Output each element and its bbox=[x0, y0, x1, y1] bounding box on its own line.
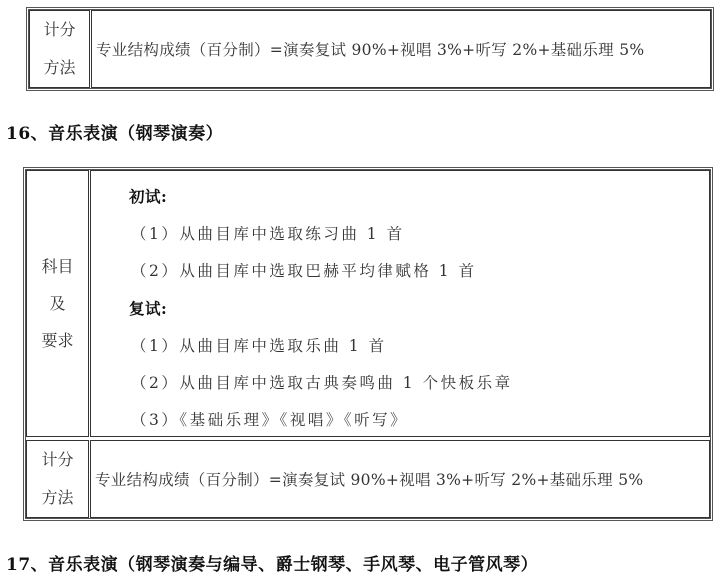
scoring-formula: 专业结构成绩（百分制）=演奏复试 90%+视唱 3%+听写 2%+基础乐理 5% bbox=[95, 468, 643, 490]
requirements-label-line-1: 科目 bbox=[41, 248, 73, 285]
scoring-content-cell: 专业结构成绩（百分制）=演奏复试 90%+视唱 3%+听写 2%+基础乐理 5% bbox=[90, 440, 710, 518]
retest-exam-heading: 复试: bbox=[129, 297, 167, 319]
scoring-label-line-2: 方法 bbox=[43, 49, 75, 87]
requirements-row: 科目 及 要求 初试: （1）从曲目库中选取练习曲 1 首 （2）从曲目库中选取… bbox=[26, 170, 710, 437]
requirements-label-cell: 科目 及 要求 bbox=[26, 170, 89, 437]
scoring-label-line-1: 计分 bbox=[41, 441, 73, 479]
scoring-formula: 专业结构成绩（百分制）=演奏复试 90%+视唱 3%+听写 2%+基础乐理 5% bbox=[96, 38, 644, 60]
preliminary-exam-heading: 初试: bbox=[129, 185, 167, 207]
scoring-label-line-2: 方法 bbox=[41, 479, 73, 517]
scoring-row: 计分 方法 专业结构成绩（百分制）=演奏复试 90%+视唱 3%+听写 2%+基… bbox=[26, 440, 710, 518]
scoring-label-cell: 计分 方法 bbox=[26, 440, 89, 518]
scoring-label-cell: 计分 方法 bbox=[29, 10, 90, 88]
scoring-row: 计分 方法 专业结构成绩（百分制）=演奏复试 90%+视唱 3%+听写 2%+基… bbox=[29, 10, 711, 88]
retest-item-1: （1）从曲目库中选取乐曲 1 首 bbox=[131, 334, 387, 356]
scoring-label-line-1: 计分 bbox=[43, 11, 75, 49]
retest-item-3: （3）《基础乐理》《视唱》《听写》 bbox=[131, 408, 408, 430]
scoring-content-cell: 专业结构成绩（百分制）=演奏复试 90%+视唱 3%+听写 2%+基础乐理 5% bbox=[91, 10, 711, 88]
section-17-heading: 17、音乐表演（钢琴演奏与编导、爵士钢琴、手风琴、电子管风琴） bbox=[6, 550, 538, 575]
section-16-table: 科目 及 要求 初试: （1）从曲目库中选取练习曲 1 首 （2）从曲目库中选取… bbox=[23, 167, 713, 521]
requirements-content-cell: 初试: （1）从曲目库中选取练习曲 1 首 （2）从曲目库中选取巴赫平均律赋格 … bbox=[90, 170, 710, 437]
preliminary-item-2: （2）从曲目库中选取巴赫平均律赋格 1 首 bbox=[131, 259, 477, 281]
requirements-label-line-2: 及 bbox=[49, 285, 65, 322]
section-16-heading: 16、音乐表演（钢琴演奏） bbox=[6, 119, 223, 144]
requirements-label-line-3: 要求 bbox=[41, 322, 73, 359]
scoring-table-top: 计分 方法 专业结构成绩（百分制）=演奏复试 90%+视唱 3%+听写 2%+基… bbox=[26, 7, 714, 91]
preliminary-item-1: （1）从曲目库中选取练习曲 1 首 bbox=[131, 222, 405, 244]
retest-item-2: （2）从曲目库中选取古典奏鸣曲 1 个快板乐章 bbox=[131, 371, 513, 393]
